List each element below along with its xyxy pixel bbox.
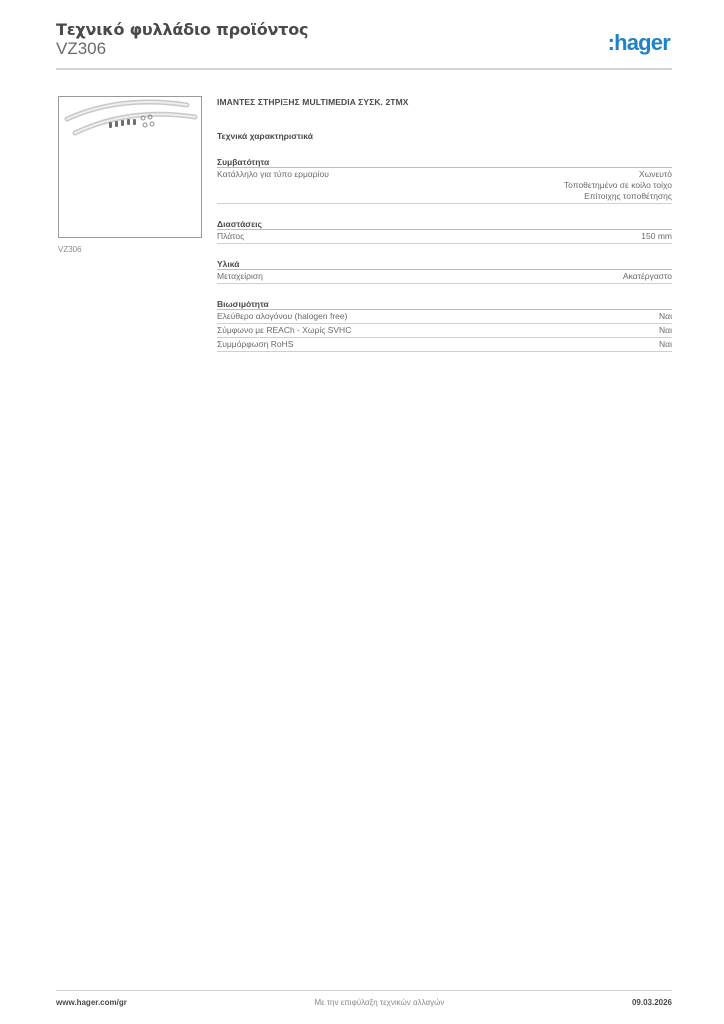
spec-values: 150 mm xyxy=(641,231,672,242)
section-title: Βιωσιμότητα xyxy=(217,298,672,310)
spec-value: Χωνευτό xyxy=(564,169,672,180)
spec-row: Ελεύθερο αλογόνου (halogen free)Ναι xyxy=(217,310,672,324)
spec-row: Κατάλληλο για τύπο ερμαρίουΧωνευτόΤοποθε… xyxy=(217,168,672,204)
spec-value: Επίτοιχης τοποθέτησης xyxy=(564,191,672,202)
section-title: Υλικά xyxy=(217,258,672,270)
spec-sections: ΣυμβατότηταΚατάλληλο για τύπο ερμαρίουΧω… xyxy=(217,156,672,352)
website-link[interactable]: www.hager.com/gr xyxy=(56,998,127,1007)
spec-label: Σύμφωνο με REACh - Χωρίς SVHC xyxy=(217,325,659,336)
document-date: 09.03.2026 xyxy=(632,998,672,1007)
section-title: Συμβατότητα xyxy=(217,156,672,168)
product-image xyxy=(58,96,202,238)
product-code: VZ306 xyxy=(56,40,672,58)
spec-label: Συμμόρφωση RoHS xyxy=(217,339,659,350)
spec-content: ΙΜΑΝΤΕΣ ΣΤΗΡΙΞΗΣ MULTIMEDIA ΣΥΣΚ. 2TMX Τ… xyxy=(217,96,672,352)
spec-section: ΣυμβατότηταΚατάλληλο για τύπο ερμαρίουΧω… xyxy=(217,156,672,204)
spec-row: Συμμόρφωση RoHSΝαι xyxy=(217,338,672,352)
spec-values: Ναι xyxy=(659,325,672,336)
spec-values: Ακατέργαστο xyxy=(623,271,672,282)
spec-section: ΔιαστάσειςΠλάτος150 mm xyxy=(217,218,672,244)
spec-value: 150 mm xyxy=(641,231,672,242)
spec-row: Πλάτος150 mm xyxy=(217,230,672,244)
spec-value: Τοποθετημένο σε κοίλο τοίχο xyxy=(564,180,672,191)
document-title: Τεχνικό φυλλάδιο προϊόντος xyxy=(56,20,672,40)
spec-value: Ακατέργαστο xyxy=(623,271,672,282)
spec-section: ΒιωσιμότηταΕλεύθερο αλογόνου (halogen fr… xyxy=(217,298,672,352)
disclaimer: Με την επιφύλαξη τεχνικών αλλαγών xyxy=(314,998,444,1007)
spec-section: ΥλικάΜεταχείρισηΑκατέργαστο xyxy=(217,258,672,284)
spec-value: Ναι xyxy=(659,325,672,336)
section-title: Διαστάσεις xyxy=(217,218,672,230)
hager-logo: :hager xyxy=(608,30,670,56)
spec-label: Ελεύθερο αλογόνου (halogen free) xyxy=(217,311,659,322)
spec-values: Ναι xyxy=(659,311,672,322)
spec-value: Ναι xyxy=(659,311,672,322)
footer-divider xyxy=(56,990,672,991)
page-header: Τεχνικό φυλλάδιο προϊόντος VZ306 :hager xyxy=(56,20,672,70)
spec-row: Σύμφωνο με REACh - Χωρίς SVHCΝαι xyxy=(217,324,672,338)
image-caption: VZ306 xyxy=(58,245,82,254)
spec-values: Ναι xyxy=(659,339,672,350)
page-footer: www.hager.com/gr Με την επιφύλαξη τεχνικ… xyxy=(56,998,672,1007)
tech-specs-heading: Τεχνικά χαρακτηριστικά xyxy=(217,130,672,142)
header-divider xyxy=(56,68,672,70)
spec-label: Πλάτος xyxy=(217,231,641,242)
spec-values: ΧωνευτόΤοποθετημένο σε κοίλο τοίχοΕπίτοι… xyxy=(564,169,672,202)
product-name: ΙΜΑΝΤΕΣ ΣΤΗΡΙΞΗΣ MULTIMEDIA ΣΥΣΚ. 2TMX xyxy=(217,96,672,108)
spec-label: Κατάλληλο για τύπο ερμαρίου xyxy=(217,169,564,202)
spec-value: Ναι xyxy=(659,339,672,350)
spec-label: Μεταχείριση xyxy=(217,271,623,282)
product-photo-icon xyxy=(59,97,203,239)
spec-row: ΜεταχείρισηΑκατέργαστο xyxy=(217,270,672,284)
